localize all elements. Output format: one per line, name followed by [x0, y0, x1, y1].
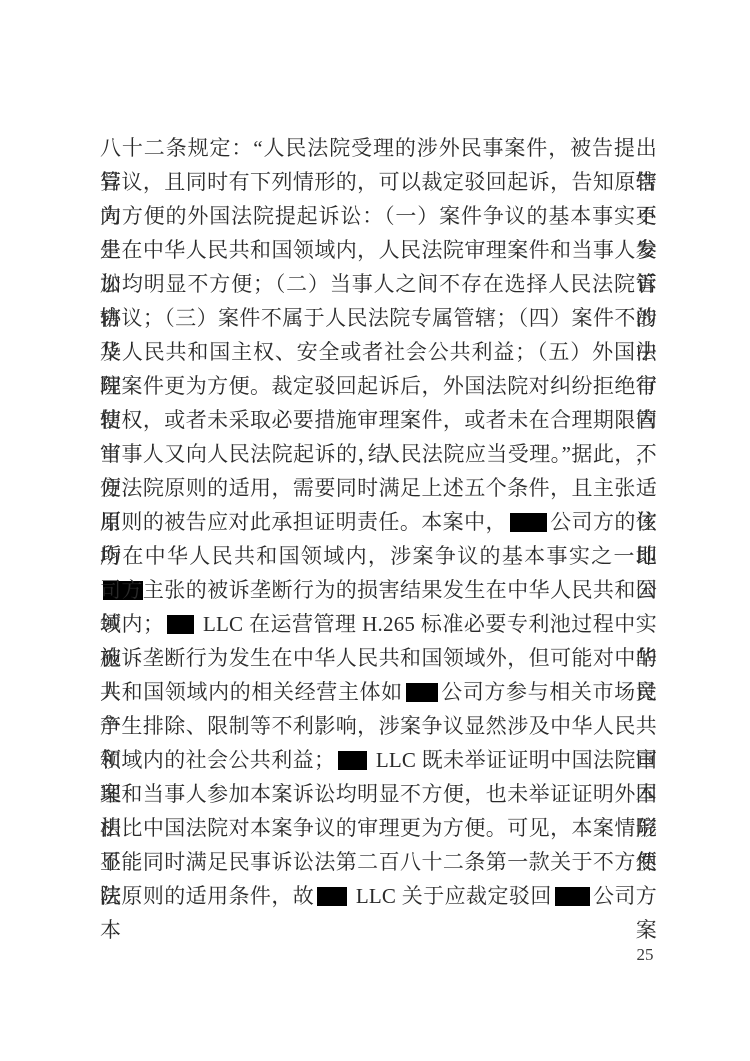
- text-line: 院原则的适用条件，故 LLC 关于应裁定驳回公司方本案: [100, 879, 657, 913]
- text-line: 原则的被告应对此承担证明责任。本案中，公司方的住所地: [100, 505, 657, 539]
- text-line: 便法院原则的适用，需要同时满足上述五个条件，且主张适用该: [100, 471, 657, 505]
- text-segment: LLC 关于应裁定驳回: [350, 884, 552, 908]
- text-line: 理案件更为方便。裁定驳回起诉后，外国法院对纠纷拒绝行使管: [100, 369, 657, 403]
- text-line: 域内； LLC 在运营管理 H.265 标准必要专利池过程中实施的: [100, 607, 657, 641]
- text-line: 为方便的外国法院提起诉讼：（一）案件争议的基本事实不是发: [100, 199, 657, 233]
- text-line: 不能同时满足民事诉讼法第二百八十二条第一款关于不方便法: [100, 845, 657, 879]
- text-line: 八十二条规定：“人民法院受理的涉外民事案件，被告提出管辖: [100, 131, 657, 165]
- text-line: 均在中华人民共和国领域内，涉案争议的基本事实之一即公: [100, 539, 657, 573]
- redaction-box: [406, 683, 438, 702]
- text-line: 讼均明显不方便；（二）当事人之间不存在选择人民法院管辖的: [100, 267, 657, 301]
- text-line: 生在中华人民共和国领域内，人民法院审理案件和当事人参加诉: [100, 233, 657, 267]
- document-body-text: 八十二条规定：“人民法院受理的涉外民事案件，被告提出管辖异议，且同时有下列情形的…: [100, 131, 657, 913]
- text-line: 相比中国法院对本案争议的审理更为方便。可见，本案情形显然: [100, 811, 657, 845]
- text-line: 案和当事人参加本案诉讼均明显不方便，也未举证证明外国法院: [100, 777, 657, 811]
- text-line: 当事人又向人民法院起诉的，人民法院应当受理。”据此，不方: [100, 437, 657, 471]
- text-segment: 共和国领域内的相关经营主体如: [100, 680, 403, 704]
- text-segment: 域内；: [100, 612, 164, 636]
- text-segment: 领域内的社会公共利益；: [100, 748, 335, 772]
- text-segment: 院原则的适用条件，故: [100, 884, 314, 908]
- text-line: 华人民共和国主权、安全或者社会公共利益；（五）外国法院审: [100, 335, 657, 369]
- redaction-box: [510, 513, 547, 532]
- text-line: 辖权，或者未采取必要措施审理案件，或者未在合理期限内审结，: [100, 403, 657, 437]
- text-line: 异议，且同时有下列情形的，可以裁定驳回起诉，告知原告向更: [100, 165, 657, 199]
- redaction-box: [317, 887, 347, 906]
- text-line: 领域内的社会公共利益； LLC 既未举证证明中国法院审理本: [100, 743, 657, 777]
- redaction-box: [338, 751, 367, 770]
- text-line: 协议；（三）案件不属于人民法院专属管辖；（四）案件不涉及中: [100, 301, 657, 335]
- document-page: 八十二条规定：“人民法院受理的涉外民事案件，被告提出管辖异议，且同时有下列情形的…: [0, 0, 750, 1061]
- redaction-box: [167, 615, 194, 634]
- text-segment: 均在中华人民共和国领域内，涉案争议的基本事实之一即: [100, 544, 657, 568]
- redaction-box: [555, 887, 590, 906]
- text-line: 被诉垄断行为发生在中华人民共和国领域外，但可能对中华人民: [100, 641, 657, 675]
- text-line: 产生排除、限制等不利影响，涉案争议显然涉及中华人民共和国: [100, 709, 657, 743]
- page-number: 25: [630, 944, 660, 966]
- text-line: 共和国领域内的相关经营主体如公司方参与相关市场竞争: [100, 675, 657, 709]
- text-line: 司方主张的被诉垄断行为的损害结果发生在中华人民共和国领: [100, 573, 657, 607]
- text-segment: 原则的被告应对此承担证明责任。本案中，: [100, 510, 507, 534]
